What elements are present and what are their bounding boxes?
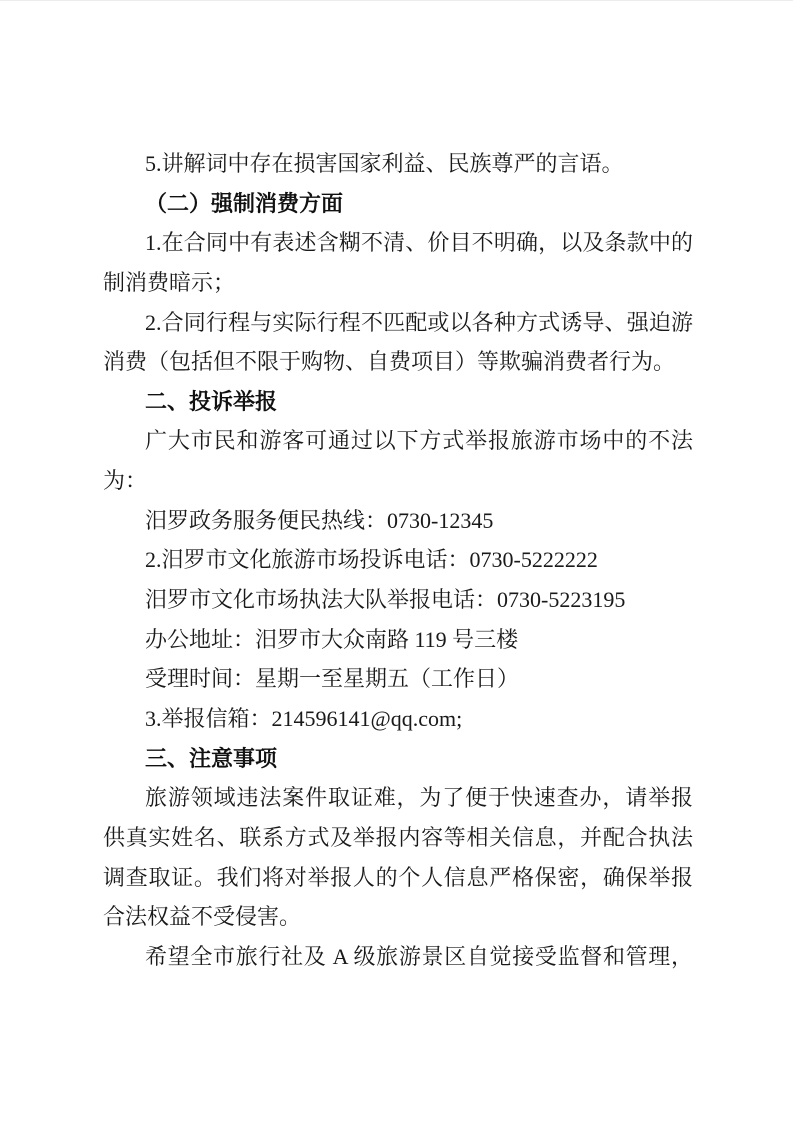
section-heading-complaints: 二、投诉举报 <box>103 382 693 422</box>
text-line: 供真实姓名、联系方式及举报内容等相关信息，并配合执法人员 <box>103 818 693 858</box>
text-line: 调查取证。我们将对举报人的个人信息严格保密，确保举报人的 <box>103 858 693 898</box>
text-line: 2.合同行程与实际行程不匹配或以各种方式诱导、强迫游客 <box>103 303 693 343</box>
text-line: 希望全市旅行社及 A 级旅游景区自觉接受监督和管理，共同 <box>103 937 693 977</box>
text-line: 1.在合同中有表述含糊不清、价目不明确，以及条款中的强 <box>103 223 693 263</box>
text-line: 制消费暗示； <box>103 263 693 303</box>
office-address-line: 办公地址：汨罗市大众南路 119 号三楼 <box>103 620 693 660</box>
text-line: 为： <box>103 461 693 501</box>
complaint-phone-line: 2.汨罗市文化旅游市场投诉电话：0730-5222222 <box>103 540 693 580</box>
document-body: 5.讲解词中存在损害国家利益、民族尊严的言语。 （二）强制消费方面 1.在合同中… <box>103 144 693 976</box>
document-page: 5.讲解词中存在损害国家利益、民族尊严的言语。 （二）强制消费方面 1.在合同中… <box>0 0 793 1123</box>
hotline-line: 汨罗政务服务便民热线：0730-12345 <box>103 501 693 541</box>
enforcement-phone-line: 汨罗市文化市场执法大队举报电话：0730-5223195 <box>103 580 693 620</box>
text-line: 5.讲解词中存在损害国家利益、民族尊严的言语。 <box>103 144 693 184</box>
section-heading-notes: 三、注意事项 <box>103 739 693 779</box>
text-line: 旅游领域违法案件取证难，为了便于快速查办，请举报人提 <box>103 778 693 818</box>
report-email-line: 3.举报信箱：214596141@qq.com; <box>103 699 693 739</box>
text-line: 合法权益不受侵害。 <box>103 897 693 937</box>
office-hours-line: 受理时间：星期一至星期五（工作日） <box>103 659 693 699</box>
text-line: 消费（包括但不限于购物、自费项目）等欺骗消费者行为。 <box>103 342 693 382</box>
text-line: 广大市民和游客可通过以下方式举报旅游市场中的不法行 <box>103 421 693 461</box>
section-heading-forced-consumption: （二）强制消费方面 <box>103 184 693 224</box>
